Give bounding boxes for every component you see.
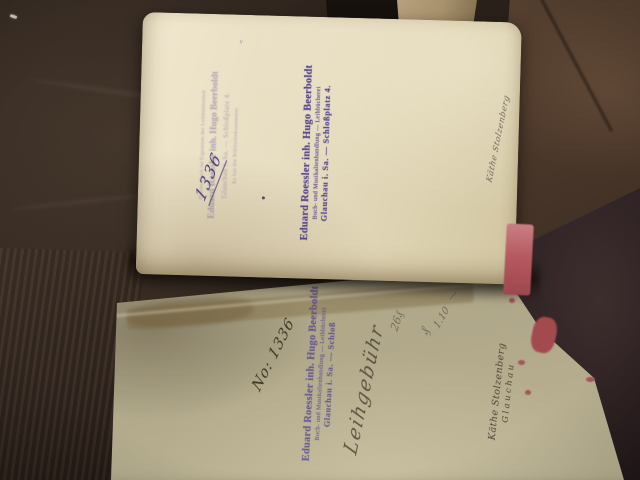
dealer-stamp-top: Eduard Roessler inh. Hugo Beerboldt Buch… <box>298 61 334 244</box>
owner-signature: Käthe Stolzenberg <box>484 90 512 188</box>
cursive-note: Leihgebühr <box>336 301 392 477</box>
owner-stamp: Käthe Stolzenberg Glauchau <box>487 342 520 442</box>
red-edge-speck <box>586 377 595 382</box>
ink-dot <box>262 196 265 199</box>
red-edge-speck <box>518 360 525 365</box>
pencil-scribble: ₰ <box>417 323 433 338</box>
pencil-scribble: 1.10 <box>432 305 452 331</box>
small-ink-mark: = <box>236 39 246 45</box>
photo-scene: No: 1336 Eduard Roessler inh. Hugo Beerb… <box>0 0 640 480</box>
book-page-top: Dieses Buch ist Eigentum der Leihbibliot… <box>136 12 522 284</box>
red-edge-speck <box>525 390 531 395</box>
red-fore-edge <box>503 223 534 295</box>
faint-stamp-line-4: Es hat die Bibliotheksnummer <box>230 107 241 184</box>
